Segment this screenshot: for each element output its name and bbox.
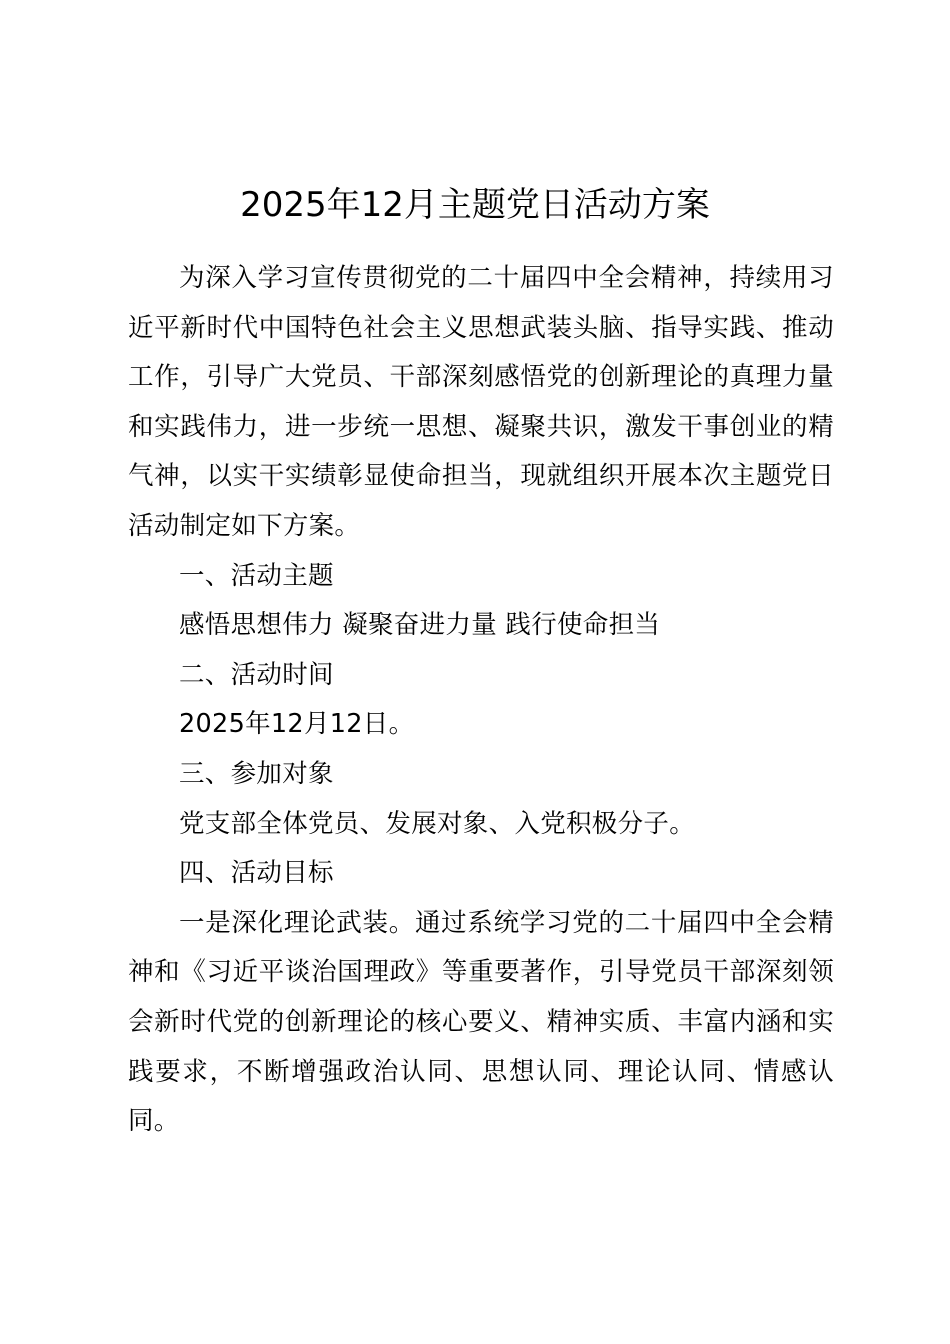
section-heading-theme: 一、活动主题 (128, 552, 834, 602)
document-page: 2025年12月主题党日活动方案 为深入学习宣传贯彻党的二十届四中全会精神，持续… (0, 0, 950, 1344)
section-heading-time: 二、活动时间 (128, 651, 834, 701)
document-title: 2025年12月主题党日活动方案 (0, 180, 950, 230)
section-heading-goals: 四、活动目标 (128, 849, 834, 899)
section-content-participants: 党支部全体党员、发展对象、入党积极分子。 (128, 800, 834, 850)
document-body: 为深入学习宣传贯彻党的二十届四中全会精神，持续用习近平新时代中国特色社会主义思想… (128, 254, 834, 1147)
section-content-time: 2025年12月12日。 (128, 700, 834, 750)
section-content-theme: 感悟思想伟力 凝聚奋进力量 践行使命担当 (128, 601, 834, 651)
section-heading-participants: 三、参加对象 (128, 750, 834, 800)
section-content-goals: 一是深化理论武装。通过系统学习党的二十届四中全会精神和《习近平谈治国理政》等重要… (128, 899, 834, 1147)
intro-paragraph: 为深入学习宣传贯彻党的二十届四中全会精神，持续用习近平新时代中国特色社会主义思想… (128, 254, 834, 552)
